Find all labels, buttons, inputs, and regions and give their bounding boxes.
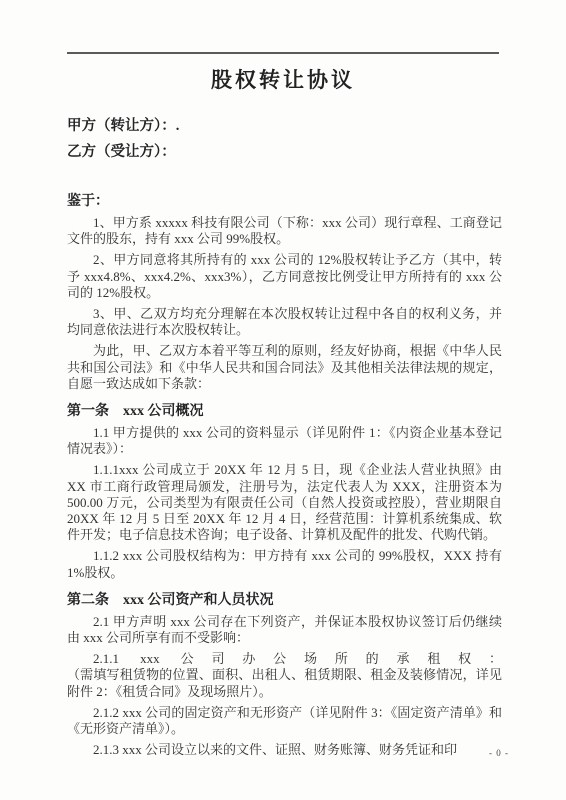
recitals-label: 鉴于： [67,190,502,210]
party-a-line: 甲方（转让方）：. [67,113,502,139]
clause-2-1-3: 2.1.3 xxx 公司设立以来的文件、证照、财务账簿、财务凭证和印 [67,742,502,758]
article-2-heading: 第二条 xxx 公司资产和人员状况 [67,589,502,609]
clause-2-1-1-body: （需填写租赁物的位置、面积、出租人、租赁期限、租金及装修情况，详见附件 2：《租… [67,667,502,699]
article-1-heading: 第一条 xxx 公司概况 [67,400,502,420]
page-number: - 0 - [489,748,509,758]
document-title: 股权转让协议 [0,64,566,94]
document-body: 甲方（转让方）：. 乙方（受让方）： 鉴于： 1、甲方系 xxxxx 科技有限公… [0,113,566,758]
recital-paragraph-3: 3、甲、乙双方均充分理解在本次股权转让过程中各自的权利义务，并均同意依法进行本次… [67,306,502,338]
clause-2-1-2: 2.1.2 xxx 公司的固定资产和无形资产（详见附件 3：《固定资产清单》和《… [67,705,502,737]
recital-paragraph-closing: 为此，甲、乙双方本着平等互利的原则，经友好协商，根据《中华人民共和国公司法》和《… [67,343,502,392]
header-rule [67,52,499,54]
party-b-line: 乙方（受让方）： [67,139,502,165]
clause-2-1-1-head: 2.1.1 xxx 公司办公场所的承租权： [67,651,502,667]
clause-2-1: 2.1 甲方声明 xxx 公司存在下列资产，并保证本股权协议签订后仍继续由 xx… [67,614,502,646]
recital-paragraph-1: 1、甲方系 xxxxx 科技有限公司（下称：xxx 公司）现行章程、工商登记文件… [67,215,502,247]
clause-1-1-1: 1.1.1xxx 公司成立于 20XX 年 12 月 5 日，现《企业法人营业执… [67,462,502,543]
clause-1-1: 1.1 甲方提供的 xxx 公司的资料显示（详见附件 1：《内资企业基本登记情况… [67,425,502,457]
recital-paragraph-2: 2、甲方同意将其所持有的 xxx 公司的 12%股权转让予乙方（其中，转予 xx… [67,252,502,301]
document-page: 股权转让协议 甲方（转让方）：. 乙方（受让方）： 鉴于： 1、甲方系 xxxx… [0,0,566,800]
clause-1-1-2: 1.1.2 xxx 公司股权结构为：甲方持有 xxx 公司的 99%股权，XXX… [67,548,502,580]
